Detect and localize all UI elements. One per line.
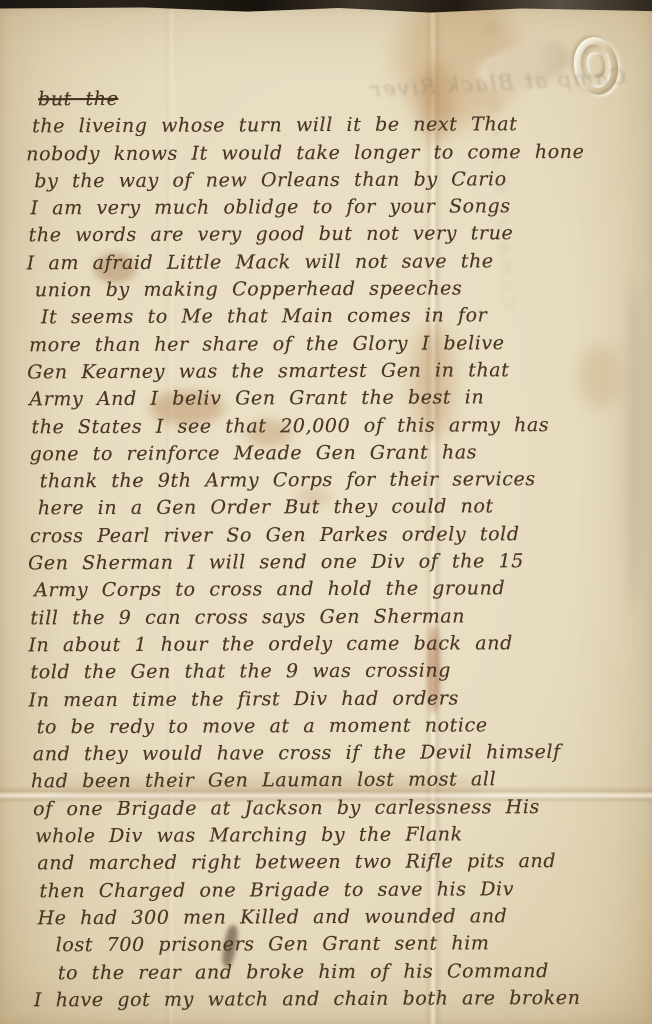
letter-line: Army And I beliv Gen Grant the best in bbox=[25, 384, 633, 414]
letter-line: but the bbox=[24, 84, 632, 114]
letter-line: the States I see that 20,000 of this arm… bbox=[25, 411, 633, 441]
letter-line: I am afraid Little Mack will not save th… bbox=[25, 247, 633, 277]
letter-line: of one Brigade at Jackson by carlessness… bbox=[27, 793, 635, 823]
letter-line: then Charged one Brigade to save his Div bbox=[27, 875, 635, 905]
letter-line: gone to reinforce Meade Gen Grant has bbox=[26, 439, 634, 469]
letter-paper: Camp at Black River Camp at Black River … bbox=[0, 7, 652, 1024]
letter-line: I have got my watch and chain both are b… bbox=[28, 984, 636, 1014]
letter-line: the words are very good but not very tru… bbox=[25, 220, 633, 250]
letter-line: nobody knows It would take longer to com… bbox=[24, 138, 632, 168]
letter-line: cross Pearl river So Gen Parkes ordely t… bbox=[26, 520, 634, 550]
letter-line: I am very much oblidge to for your Songs bbox=[24, 193, 632, 223]
letter-line: union by making Copperhead speeches bbox=[25, 275, 633, 305]
letter-line: till the 9 can cross says Gen Sherman bbox=[26, 602, 634, 632]
letter-line: In about 1 hour the ordely came back and bbox=[26, 630, 634, 660]
scan-background: Camp at Black River Camp at Black River … bbox=[0, 0, 652, 1024]
letter-line: Army Corps to cross and hold the ground bbox=[26, 575, 634, 605]
letter-line: had been their Gen Lauman lost most all bbox=[27, 766, 635, 796]
letter-line: the liveing whose turn will it be next T… bbox=[24, 111, 632, 141]
letter-line: to be redy to move at a moment notice bbox=[27, 712, 635, 742]
letter-line: whole Div was Marching by the Flank bbox=[27, 821, 635, 851]
letter-line: told the Gen that the 9 was crossing bbox=[26, 657, 634, 687]
letter-line: He had 300 men Killed and wounded and bbox=[28, 903, 636, 933]
letter-line: It seems to Me that Main comes in for bbox=[25, 302, 633, 332]
letter-line: thank the 9th Army Corps for their servi… bbox=[26, 466, 634, 496]
letter-lines: but thethe liveing whose turn will it be… bbox=[24, 84, 636, 1015]
letter-line: more than her share of the Glory I beliv… bbox=[25, 329, 633, 359]
letter-line: Gen Kearney was the smartest Gen in that bbox=[25, 357, 633, 387]
letter-line: Gen Sherman I will send one Div of the 1… bbox=[26, 548, 634, 578]
letter-line: by the way of new Orleans than by Cario bbox=[24, 166, 632, 196]
letter-line: lost 700 prisoners Gen Grant sent him bbox=[28, 930, 636, 960]
letter-line: and they would have cross if the Devil h… bbox=[27, 739, 635, 769]
letter-line: In mean time the first Div had orders bbox=[27, 684, 635, 714]
letter-line: and marched right between two Rifle pits… bbox=[27, 848, 635, 878]
letter-line: here in a Gen Order But they could not bbox=[26, 493, 634, 523]
letter-line: to the rear and broke him of his Command bbox=[28, 957, 636, 987]
